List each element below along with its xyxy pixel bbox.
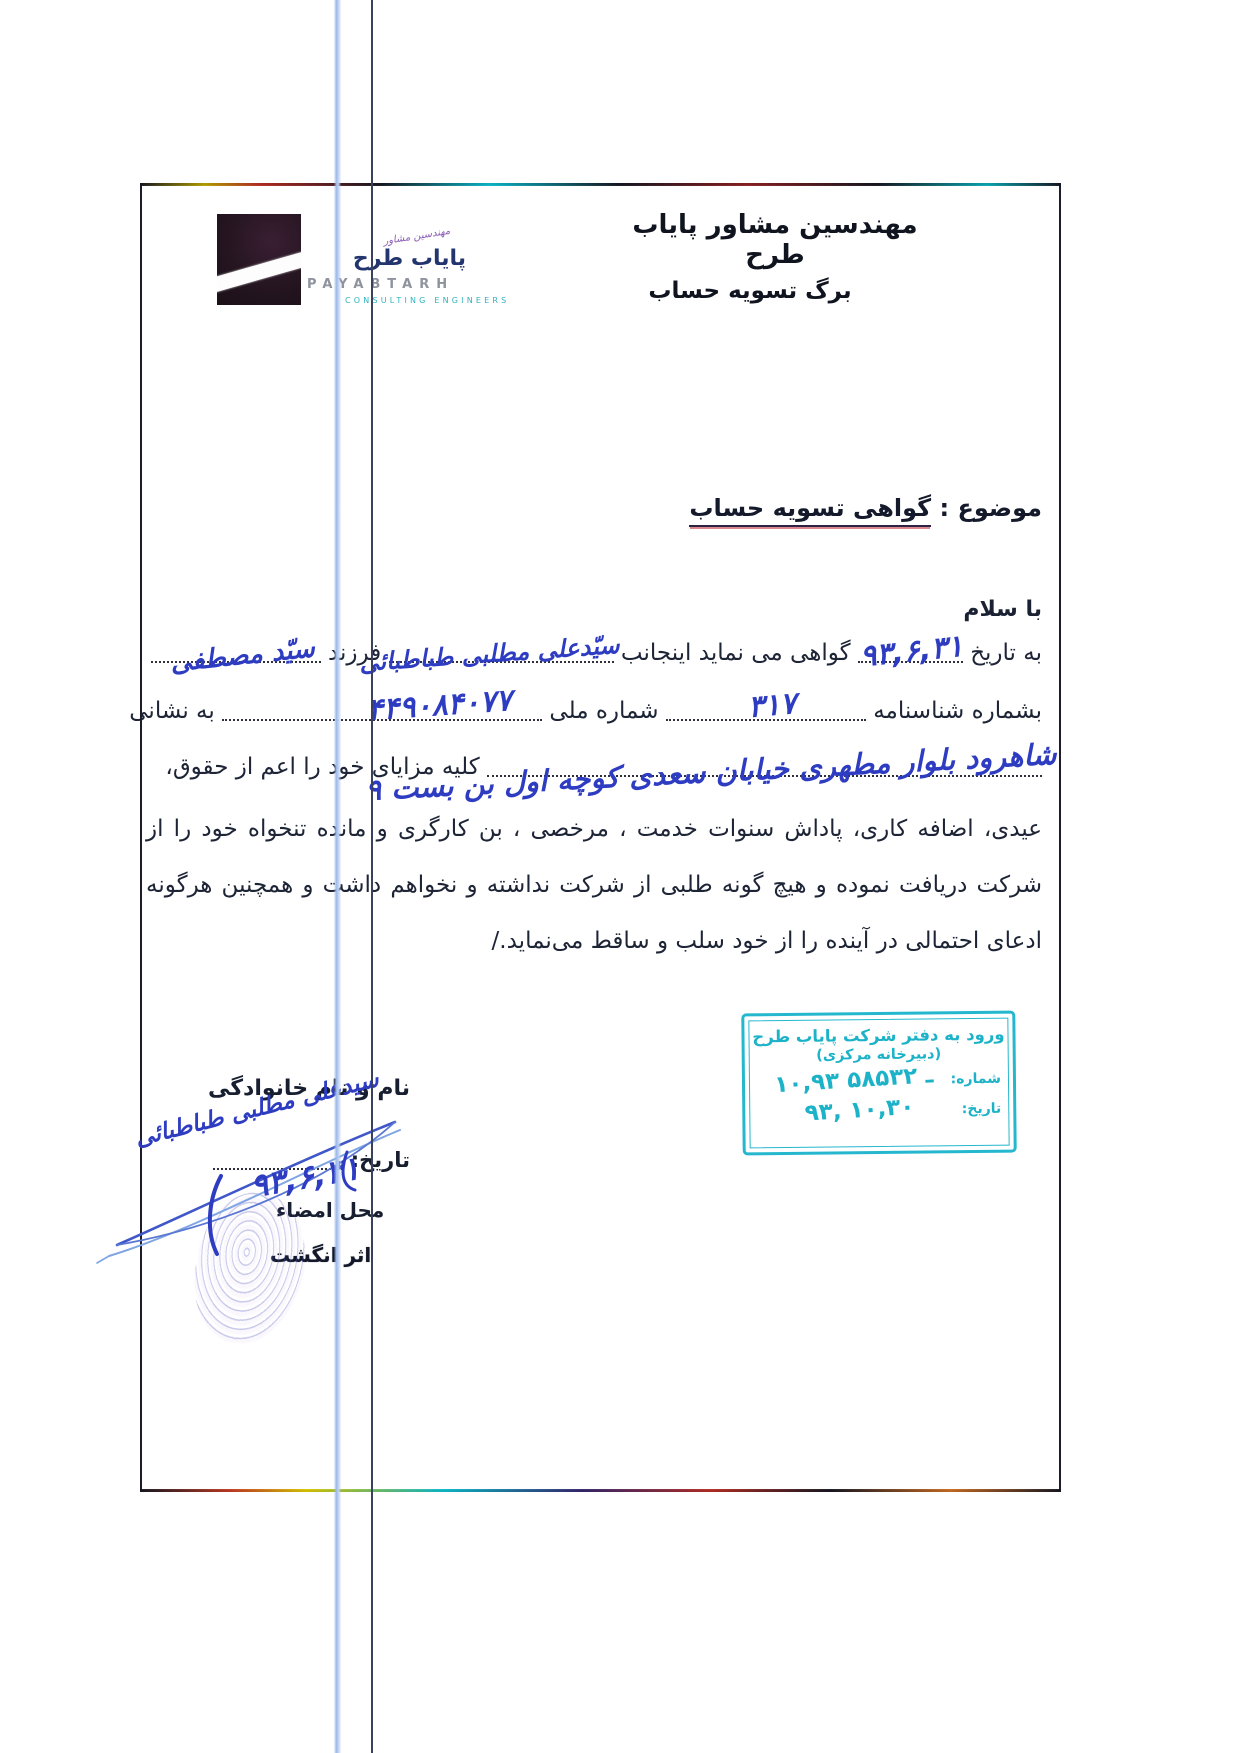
- date-blank: ۹۳,۶,۳۱: [858, 641, 963, 663]
- company-logo-mark: [217, 214, 301, 305]
- chromatic-scan-edge-top: [140, 183, 1061, 186]
- stamp-title: ورود به دفتر شرکت پایاب طرح: [744, 1025, 1012, 1047]
- stamp-number-label: شماره:: [951, 1071, 1002, 1088]
- logo-persian-name: پایاب طرح: [366, 246, 466, 271]
- stamp-number-row: شماره: ۱۰,۹۳ ـ ۵۸۵۳۲: [745, 1066, 1013, 1095]
- stamp-subtitle: (دبیرخانه مرکزی): [745, 1046, 1013, 1065]
- scan-fold-line-blue: [334, 0, 341, 1753]
- logo-latin-name: PAYABTARH: [307, 277, 454, 292]
- stamp-date-row: تاریخ: ۹۳, ۱۰,۳۰: [745, 1096, 1013, 1125]
- logo-diagonal-bar: [217, 251, 301, 293]
- name-blank: سیّدعلی مطلبی طباطبائی: [389, 641, 614, 663]
- handwritten-id-number: ۳۱۷: [746, 687, 797, 725]
- logo-tagline: CONSULTING ENGINEERS: [345, 296, 509, 305]
- stamp-date-label: تاریخ:: [962, 1101, 1002, 1117]
- scan-fold-line-dark: [371, 0, 373, 1753]
- office-entry-stamp: ورود به دفتر شرکت پایاب طرح (دبیرخانه مر…: [741, 1011, 1016, 1156]
- chromatic-scan-edge-bottom: [140, 1489, 1061, 1492]
